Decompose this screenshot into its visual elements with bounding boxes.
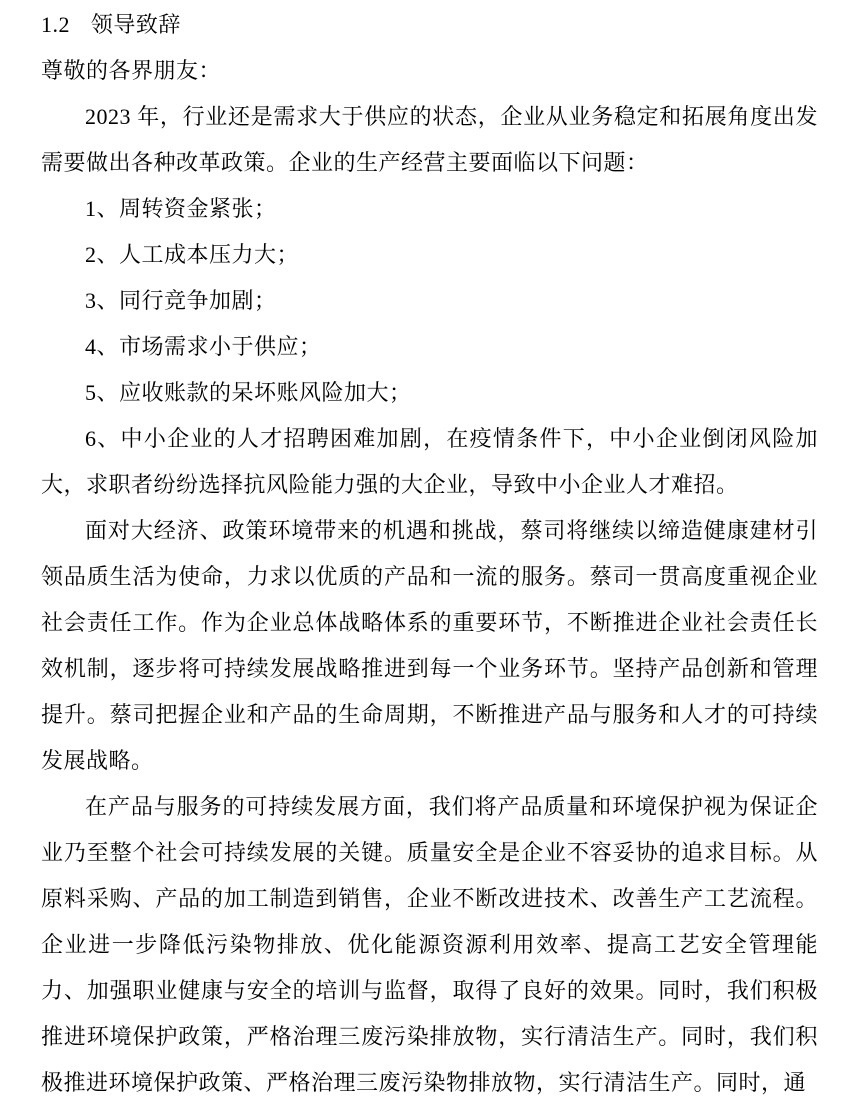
issue-item-2: 2、人工成本压力大； <box>41 232 818 278</box>
issue-item-1: 1、周转资金紧张； <box>41 186 818 232</box>
intro-paragraph: 2023 年，行业还是需求大于供应的状态，企业从业务稳定和拓展角度出发需要做出各… <box>41 94 818 186</box>
document-page: 1.2领导致辞 尊敬的各界朋友： 2023 年，行业还是需求大于供应的状态，企业… <box>0 0 859 1108</box>
section-title: 领导致辞 <box>91 12 181 37</box>
section-heading: 1.2领导致辞 <box>41 2 818 48</box>
issue-item-6: 6、中小企业的人才招聘困难加剧，在疫情条件下，中小企业倒闭风险加大，求职者纷纷选… <box>41 416 818 508</box>
issue-item-3: 3、同行竞争加剧； <box>41 278 818 324</box>
issue-item-5: 5、应收账款的呆坏账风险加大； <box>41 370 818 416</box>
section-number: 1.2 <box>41 12 70 37</box>
greeting-line: 尊敬的各界朋友： <box>41 48 818 94</box>
issue-item-4: 4、市场需求小于供应； <box>41 324 818 370</box>
body-paragraph-1: 面对大经济、政策环境带来的机遇和挑战，蔡司将继续以缔造健康建材引领品质生活为使命… <box>41 508 818 784</box>
body-paragraph-2: 在产品与服务的可持续发展方面，我们将产品质量和环境保护视为保证企业乃至整个社会可… <box>41 784 818 1106</box>
